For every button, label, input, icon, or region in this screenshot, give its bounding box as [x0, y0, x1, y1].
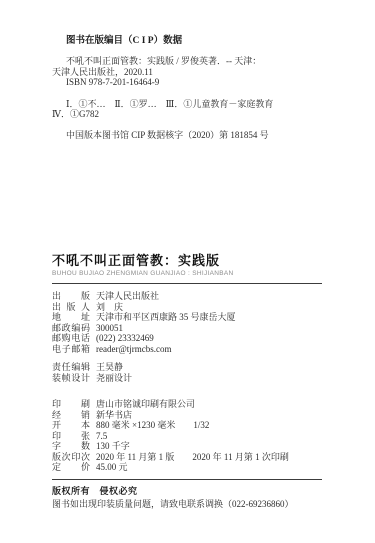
- copyright-notice: 版权所有 侵权必究: [52, 486, 322, 497]
- row-value: 新华书店: [96, 410, 132, 421]
- table-row-email: 电子邮箱 reader@tjrmcbs.com: [52, 344, 322, 355]
- colophon-block: 不吼不叫正面管教：实践版 BUHOU BUJIAO ZHENGMIAN GUAN…: [52, 254, 322, 510]
- table-row-edition: 版次印次 2020 年 11 月第 1 版 2020 年 11 月第 1 次印刷: [52, 452, 322, 463]
- row-label: 电子邮箱: [52, 344, 90, 355]
- table-row-format: 开本 880 毫米 ×1230 毫米 1/32: [52, 420, 322, 431]
- cip-record-number: 中国版本图书馆 CIP 数据核字（2020）第 181854 号: [52, 130, 322, 141]
- quality-exchange-note: 图书如出现印装质量问题，请致电联系调换（022-69236860）: [52, 499, 322, 510]
- row-value: 王昊静: [96, 362, 123, 373]
- row-value: 唐山市铭诚印刷有限公司: [96, 399, 195, 410]
- copyright-page: 图书在版编目（C I P）数据 不吼不叫正面管教：实践版 / 罗俊英著．-- 天…: [0, 0, 375, 543]
- table-row-wordcount: 字数 130 千字: [52, 441, 322, 452]
- table-row-publisher-person: 出版人 刘 庆: [52, 302, 322, 313]
- row-value: 45.00 元: [96, 462, 128, 473]
- row-label: 装帧设计: [52, 373, 90, 384]
- table-row-distributor: 经销 新华书店: [52, 410, 322, 421]
- cip-entry-line2: 天津人民出版社，2020.11: [52, 67, 322, 78]
- row-value: 880 毫米 ×1230 毫米 1/32: [96, 420, 209, 431]
- table-row-editor: 责任编辑 王昊静: [52, 362, 322, 373]
- row-value: (022) 23332469: [96, 333, 154, 344]
- row-value: 天津市和平区西康路 35 号康岳大厦: [96, 312, 236, 323]
- cip-heading: 图书在版编目（C I P）数据: [52, 36, 322, 47]
- row-label: 邮购电话: [52, 333, 90, 344]
- cip-classification-line2: Ⅳ．①G782: [52, 109, 322, 120]
- table-row-publisher: 出版 天津人民出版社: [52, 291, 322, 302]
- table-row-printer: 印刷 唐山市铭诚印刷有限公司: [52, 399, 322, 410]
- divider-bottom: [52, 479, 322, 480]
- table-row-address: 地址 天津市和平区西康路 35 号康岳大厦: [52, 312, 322, 323]
- row-value: 300051: [96, 323, 123, 334]
- cip-entry: 不吼不叫正面管教：实践版 / 罗俊英著．-- 天津： 天津人民出版社，2020.…: [52, 56, 322, 88]
- table-row-design: 装帧设计 尧丽设计: [52, 373, 322, 384]
- row-value: 130 千字: [96, 441, 130, 452]
- table-row-sheets: 印张 7.5: [52, 431, 322, 442]
- row-value: 7.5: [96, 431, 107, 442]
- footer-block: 版权所有 侵权必究 图书如出现印装质量问题，请致电联系调换（022-692368…: [52, 486, 322, 510]
- cip-classification: Ⅰ．①不… Ⅱ．①罗… Ⅲ．①儿童教育－家庭教育 Ⅳ．①G782: [52, 99, 322, 120]
- table-row-price: 定价 45.00 元: [52, 462, 322, 473]
- row-group-gap: [52, 383, 322, 399]
- table-row-phone: 邮购电话 (022) 23332469: [52, 333, 322, 344]
- row-label: 印刷: [52, 399, 90, 410]
- row-label: 经销: [52, 410, 90, 421]
- cip-entry-line1: 不吼不叫正面管教：实践版 / 罗俊英著．-- 天津：: [52, 56, 322, 67]
- row-label: 出版人: [52, 302, 90, 313]
- row-value: reader@tjrmcbs.com: [96, 344, 172, 355]
- row-label: 版次印次: [52, 452, 90, 463]
- row-group-gap: [52, 354, 322, 362]
- publication-info-table: 出版 天津人民出版社 出版人 刘 庆 地址 天津市和平区西康路 35 号康岳大厦…: [52, 291, 322, 473]
- row-value: 2020 年 11 月第 1 版 2020 年 11 月第 1 次印刷: [96, 452, 289, 463]
- row-label: 印张: [52, 431, 90, 442]
- row-value: 刘 庆: [96, 302, 123, 313]
- cip-classification-line1: Ⅰ．①不… Ⅱ．①罗… Ⅲ．①儿童教育－家庭教育: [52, 99, 322, 110]
- row-label: 开本: [52, 420, 90, 431]
- cip-isbn: ISBN 978-7-201-16464-9: [52, 77, 322, 88]
- row-value: 尧丽设计: [96, 373, 132, 384]
- book-title: 不吼不叫正面管教：实践版: [52, 254, 322, 268]
- row-label: 邮政编码: [52, 323, 90, 334]
- row-value: 天津人民出版社: [96, 291, 159, 302]
- book-title-pinyin: BUHOU BUJIAO ZHENGMIAN GUANJIAO : SHIJIA…: [52, 270, 322, 278]
- cip-block: 图书在版编目（C I P）数据 不吼不叫正面管教：实践版 / 罗俊英著．-- 天…: [52, 36, 322, 140]
- table-row-postcode: 邮政编码 300051: [52, 323, 322, 334]
- row-label: 字数: [52, 441, 90, 452]
- row-label: 地址: [52, 312, 90, 323]
- divider-top: [52, 283, 322, 284]
- row-label: 出版: [52, 291, 90, 302]
- row-label: 定价: [52, 462, 90, 473]
- row-label: 责任编辑: [52, 362, 90, 373]
